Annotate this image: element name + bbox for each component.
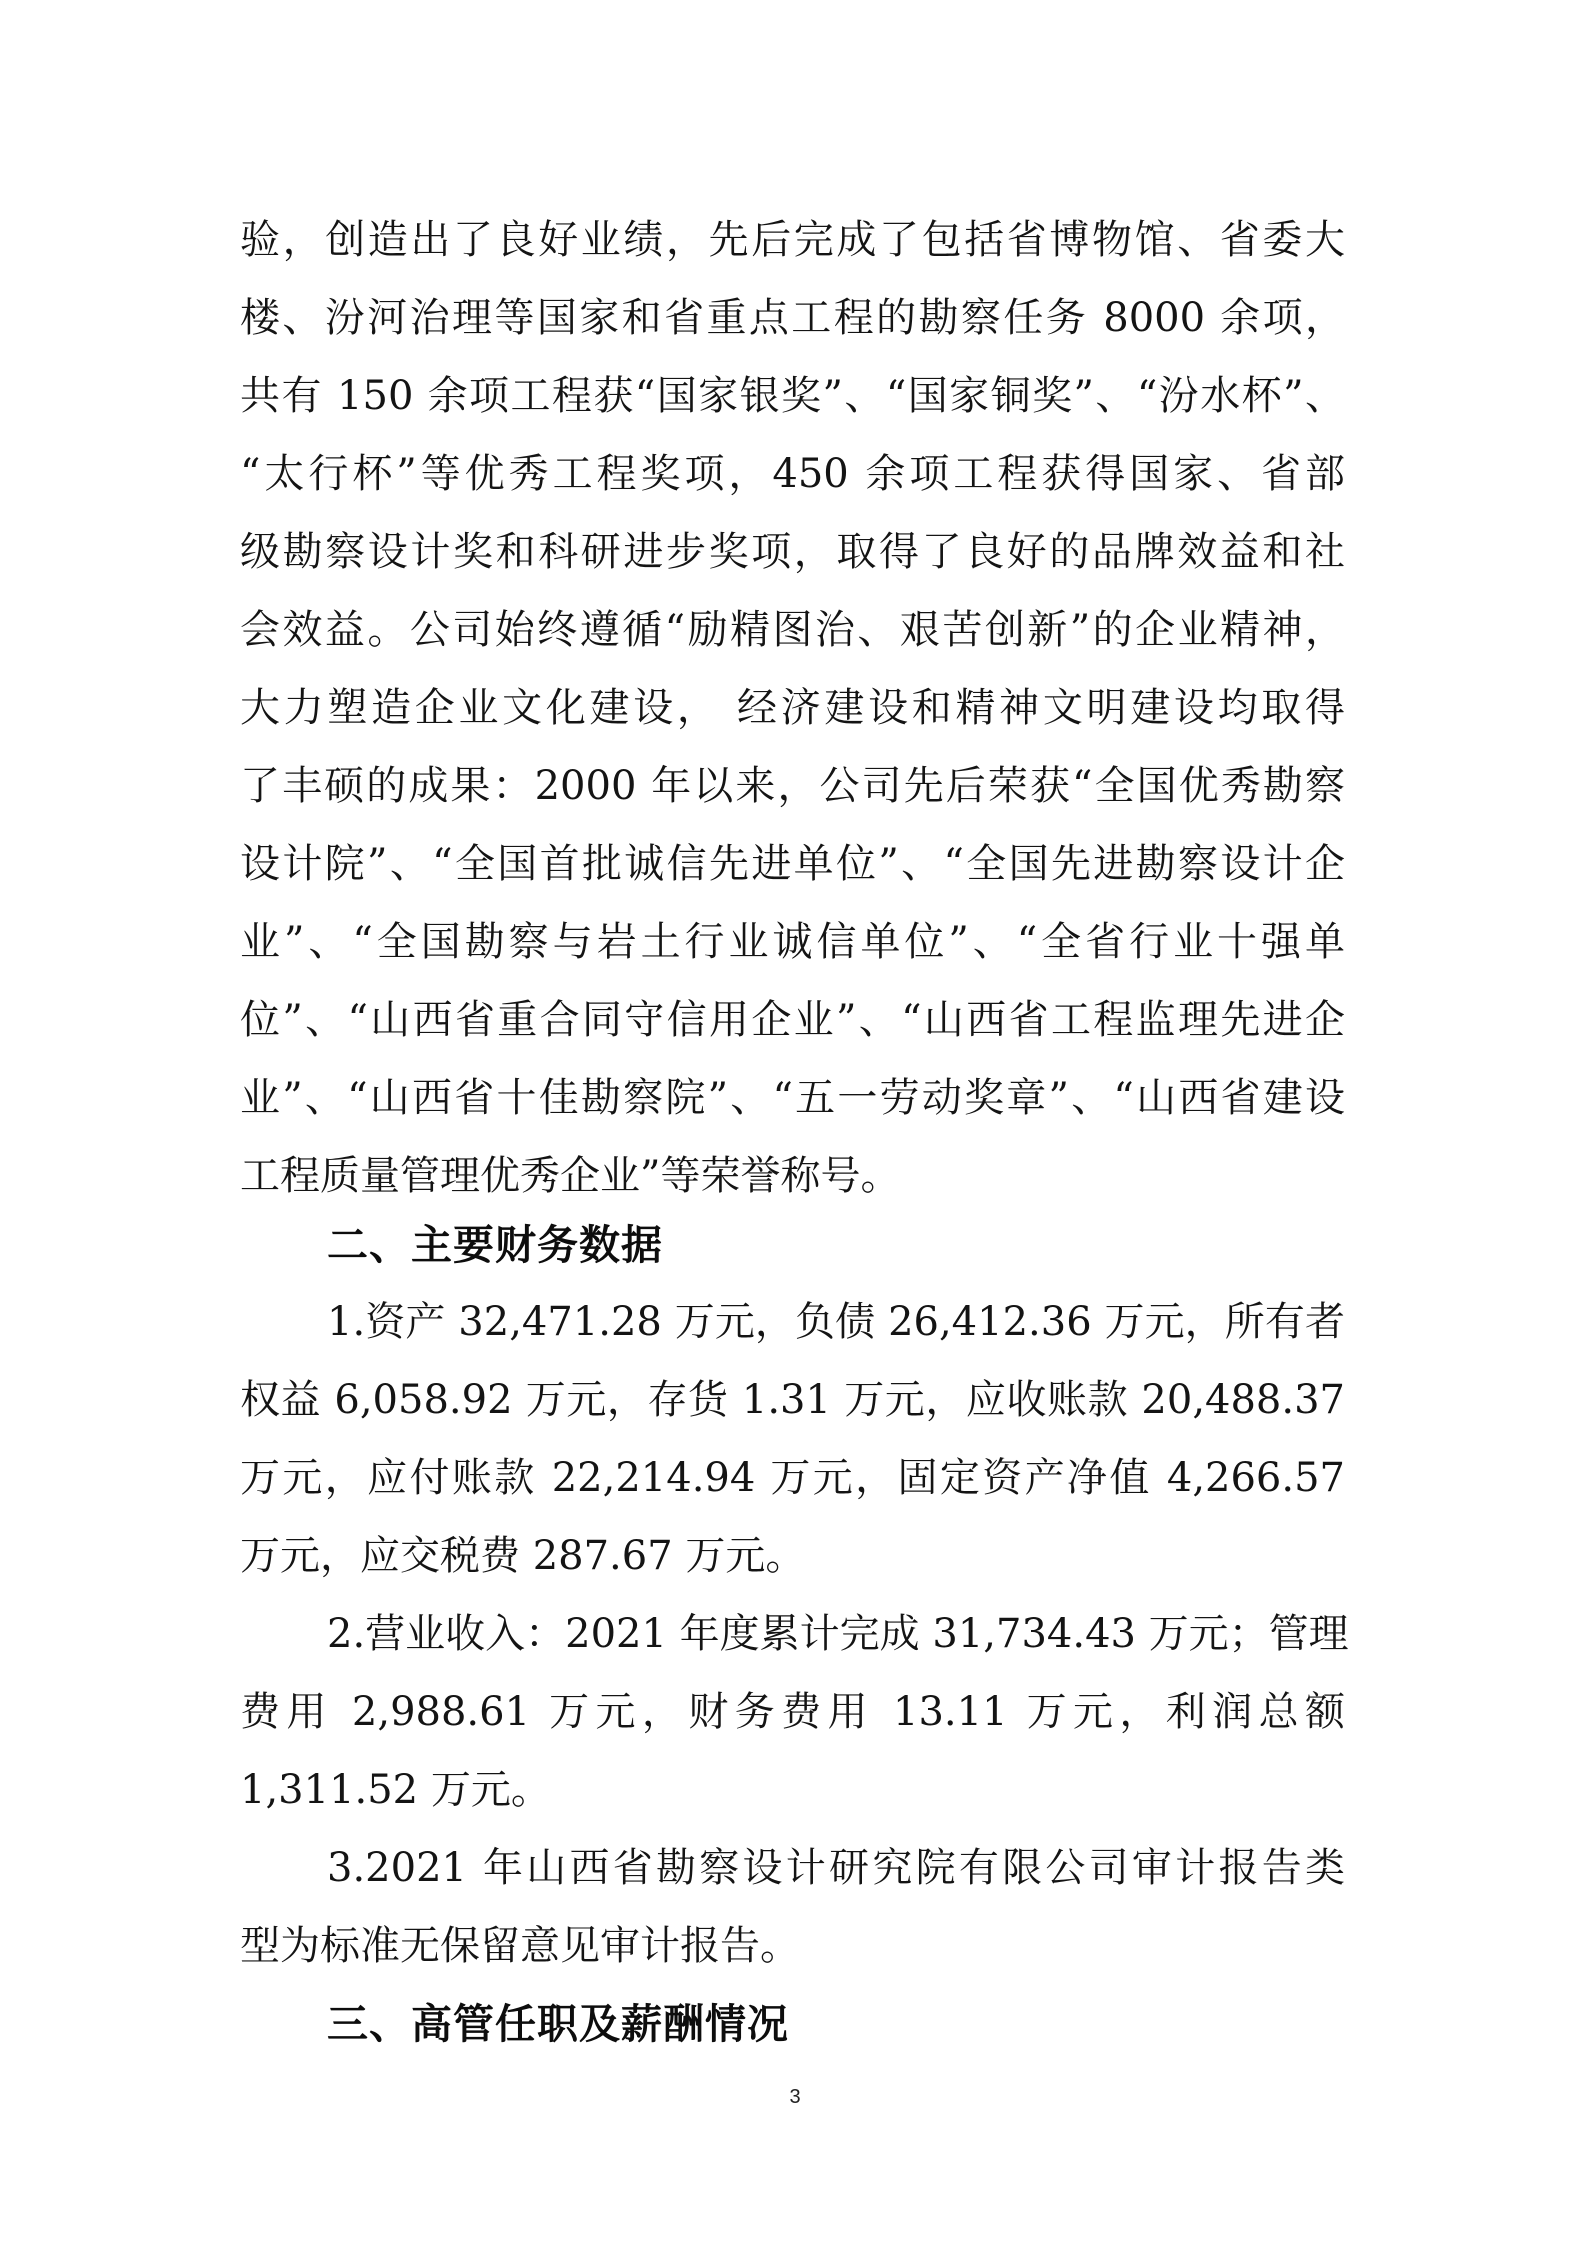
paragraph-line: “太行杯”等优秀工程奖项，450 余项工程获得国家、省部 (240, 444, 1345, 504)
paragraph-line: 验，创造出了良好业绩，先后完成了包括省博物馆、省委大 (240, 210, 1345, 270)
financial-item-3-line: 3.2021 年山西省勘察设计研究院有限公司审计报告类 (327, 1838, 1345, 1898)
financial-item-1-line: 万元，应付账款 22,214.94 万元，固定资产净值 4,266.57 (240, 1448, 1345, 1508)
financial-item-1-line: 1.资产 32,471.28 万元，负债 26,412.36 万元，所有者 (327, 1292, 1345, 1352)
paragraph-line: 级勘察设计奖和科研进步奖项，取得了良好的品牌效益和社 (240, 522, 1345, 582)
paragraph-line: 共有 150 余项工程获“国家银奖”、“国家铜奖”、“汾水杯”、 (240, 366, 1345, 426)
financial-item-1-line: 万元，应交税费 287.67 万元。 (240, 1526, 1345, 1586)
financial-item-2-line: 1,311.52 万元。 (240, 1760, 1345, 1820)
page-number: 3 (775, 2086, 815, 2109)
paragraph-line: 业”、“山西省十佳勘察院”、“五一劳动奖章”、“山西省建设 (240, 1068, 1345, 1128)
section-heading-executive-compensation: 三、高管任职及薪酬情况 (327, 1994, 789, 2054)
paragraph-line: 业”、“全国勘察与岩土行业诚信单位”、“全省行业十强单 (240, 912, 1345, 972)
financial-item-2-line: 费用 2,988.61 万元，财务费用 13.11 万元，利润总额 (240, 1682, 1345, 1742)
financial-item-2-line: 2.营业收入：2021 年度累计完成 31,734.43 万元；管理 (327, 1604, 1345, 1664)
financial-item-1-line: 权益 6,058.92 万元，存货 1.31 万元，应收账款 20,488.37 (240, 1370, 1345, 1430)
section-heading-financial-data: 二、主要财务数据 (327, 1215, 663, 1275)
paragraph-line: 位”、“山西省重合同守信用企业”、“山西省工程监理先进企 (240, 990, 1345, 1050)
financial-item-3-line: 型为标准无保留意见审计报告。 (240, 1916, 1345, 1976)
paragraph-line: 了丰硕的成果：2000 年以来，公司先后荣获“全国优秀勘察 (240, 756, 1345, 816)
paragraph-line: 设计院”、“全国首批诚信先进单位”、“全国先进勘察设计企 (240, 834, 1345, 894)
paragraph-line: 工程质量管理优秀企业”等荣誉称号。 (240, 1146, 1345, 1206)
document-page: 验，创造出了良好业绩，先后完成了包括省博物馆、省委大 楼、汾河治理等国家和省重点… (0, 0, 1587, 2245)
paragraph-line: 会效益。公司始终遵循“励精图治、艰苦创新”的企业精神， (240, 600, 1345, 660)
paragraph-line: 楼、汾河治理等国家和省重点工程的勘察任务 8000 余项， (240, 288, 1345, 348)
paragraph-line: 大力塑造企业文化建设， 经济建设和精神文明建设均取得 (240, 678, 1345, 738)
